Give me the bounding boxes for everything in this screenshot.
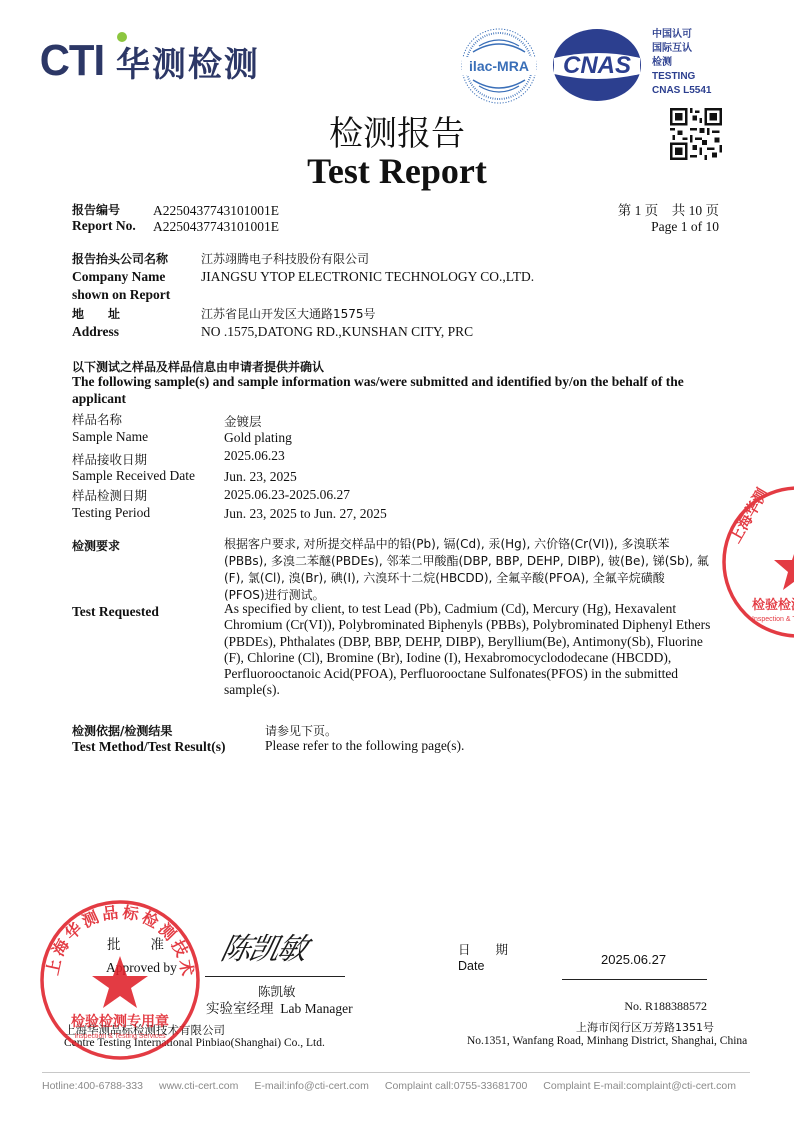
testing-period-label-cn: 样品检测日期 (72, 486, 147, 504)
date-value: 2025.06.27 (601, 952, 666, 967)
testing-period-value-cn: 2025.06.23-2025.06.27 (224, 486, 350, 503)
sample-intro-en: The following sample(s) and sample infor… (72, 373, 684, 390)
sample-name-value-en: Gold plating (224, 429, 292, 446)
svg-text:CNAS: CNAS (563, 52, 631, 79)
issuing-org-en: Centre Testing International Pinbiao(Sha… (64, 1037, 325, 1049)
company-value-cn: 江苏翊腾电子科技股份有限公司 (201, 250, 369, 267)
company-label-cn: 报告抬头公司名称 (72, 250, 168, 267)
footer-divider (42, 1072, 750, 1073)
sample-intro-en-2: applicant (72, 390, 126, 407)
page-title-en: Test Report (0, 150, 794, 192)
testing-period-label-en: Testing Period (72, 504, 150, 521)
cnas-line: 检测 (652, 56, 711, 70)
method-label-en: Test Method/Test Result(s) (72, 738, 226, 755)
page-indicator-cn: 第 1 页 共 10 页 (618, 202, 719, 219)
svg-text:检验检测: 检验检测 (752, 597, 794, 613)
test-requested-en-line: Chromium (Cr(VI)), Polybrominated Biphen… (224, 617, 744, 633)
page-title-cn: 检测报告 (0, 114, 794, 154)
test-requested-label-cn: 检测要求 (72, 537, 120, 554)
signature: 陈凯敏 (217, 924, 310, 968)
footer-complaint-call: Complaint call:0755-33681700 (385, 1080, 527, 1092)
test-requested-label-en: Test Requested (72, 603, 159, 620)
test-requested-en-line: Perfluorooctanoic Acid(PFOA), Perfluoroo… (224, 666, 744, 682)
sample-name-label-cn: 样品名称 (72, 410, 122, 428)
method-label-cn: 检测依据/检测结果 (72, 722, 172, 739)
address-value-cn: 江苏省昆山开发区大通路1575号 (201, 305, 376, 322)
footer-website-link[interactable]: www.cti-cert.com (159, 1080, 238, 1092)
cti-brand-cn: 华测检测 (116, 37, 260, 86)
address-value-en: NO .1575,DATONG RD.,KUNSHAN CITY, PRC (201, 323, 473, 340)
sample-name-label-en: Sample Name (72, 428, 148, 445)
date-label-en: Date (458, 959, 484, 973)
test-requested-en-line: As specified by client, to test Lead (Pb… (224, 601, 744, 617)
cnas-line: CNAS L5541 (652, 84, 711, 98)
report-no-label-cn: 报告编号 (72, 201, 120, 218)
page-indicator-en: Page 1 of 10 (651, 218, 719, 235)
received-date-value-cn: 2025.06.23 (224, 447, 285, 464)
report-no-value-cn: A2250437743101001E (153, 202, 279, 219)
cti-brand-latin: CTI (40, 39, 104, 83)
cnas-line: 国际互认 (652, 42, 711, 56)
signature-line (205, 976, 345, 977)
serial-number: No. R188388572 (624, 999, 707, 1014)
address-label-cn: 地 址 (72, 305, 120, 322)
report-no-label-en: Report No. (72, 217, 136, 234)
footer-complaint-email-link[interactable]: Complaint E-mail:complaint@cti-cert.com (543, 1080, 736, 1092)
received-date-label-en: Sample Received Date (72, 467, 195, 484)
company-label-en: Company Name (72, 268, 165, 285)
cnas-line: TESTING (652, 70, 711, 84)
cnas-line: 中国认可 (652, 28, 711, 42)
approver-name: 陈凯敏 (258, 982, 296, 1000)
test-requested-cn-line: (PBBs), 多溴二苯醚(PBDEs), 邻苯二甲酸酯(DBP, BBP, D… (224, 553, 744, 570)
footer: Hotline:400-6788-333 www.cti-cert.com E-… (42, 1080, 736, 1092)
cnas-logo-icon: CNAS (552, 28, 642, 102)
test-requested-en-line: (F), Chlorine (Cl), Bromine (Br), Iodine… (224, 650, 744, 666)
approved-by-label-en: Approved by (106, 959, 177, 976)
issuing-org-cn: 上海华测品标检测技术有限公司 (64, 1022, 225, 1038)
test-requested-cn: 根据客户要求, 对所提交样品中的铅(Pb), 镉(Cd), 汞(Hg), 六价铬… (224, 536, 744, 604)
method-value-en: Please refer to the following page(s). (265, 737, 464, 754)
received-date-value-en: Jun. 23, 2025 (224, 468, 297, 485)
test-requested-en-line: sample(s). (224, 682, 744, 698)
svg-text:Inspection & T: Inspection & T (752, 616, 794, 623)
cnas-accreditation-text: 中国认可 国际互认 检测 TESTING CNAS L5541 (652, 28, 711, 98)
company-value-en: JIANGSU YTOP ELECTRONIC TECHNOLOGY CO.,L… (201, 268, 534, 285)
approved-by-label-cn: 批 准 (107, 936, 165, 953)
report-no-value-en: A2250437743101001E (153, 218, 279, 235)
logo-dot-icon (117, 32, 127, 42)
testing-period-value-en: Jun. 23, 2025 to Jun. 27, 2025 (224, 505, 387, 522)
address-label-en: Address (72, 323, 119, 340)
test-requested-en: As specified by client, to test Lead (Pb… (224, 601, 744, 699)
test-requested-cn-line: (F), 氯(Cl), 溴(Br), 碘(I), 六溴环十二烷(HBCDD), … (224, 570, 744, 587)
date-label-cn: 日 期 (458, 940, 508, 958)
sample-name-value-cn: 金镀层 (224, 412, 262, 430)
ilac-mra-logo-icon: ilac-MRA (459, 26, 539, 106)
lab-address-en: No.1351, Wanfang Road, Minhang District,… (467, 1035, 747, 1047)
company-label-en-2: shown on Report (72, 286, 170, 303)
footer-email-link[interactable]: E-mail:info@cti-cert.com (254, 1080, 369, 1092)
received-date-label-cn: 样品接收日期 (72, 450, 147, 468)
date-line (562, 979, 707, 980)
cti-logo: CTI 华测检测 (38, 38, 260, 84)
test-requested-en-line: (PBDEs), Phthalates (DBP, BBP, DEHP, DIB… (224, 634, 744, 650)
test-requested-cn-line: 根据客户要求, 对所提交样品中的铅(Pb), 镉(Cd), 汞(Hg), 六价铬… (224, 536, 744, 553)
footer-hotline: Hotline:400-6788-333 (42, 1080, 143, 1092)
svg-text:ilac-MRA: ilac-MRA (469, 58, 529, 74)
lab-address-cn: 上海市闵行区万芳路1351号 (576, 1019, 714, 1035)
approver-title: 实验室经理 Lab Manager (206, 1000, 353, 1017)
